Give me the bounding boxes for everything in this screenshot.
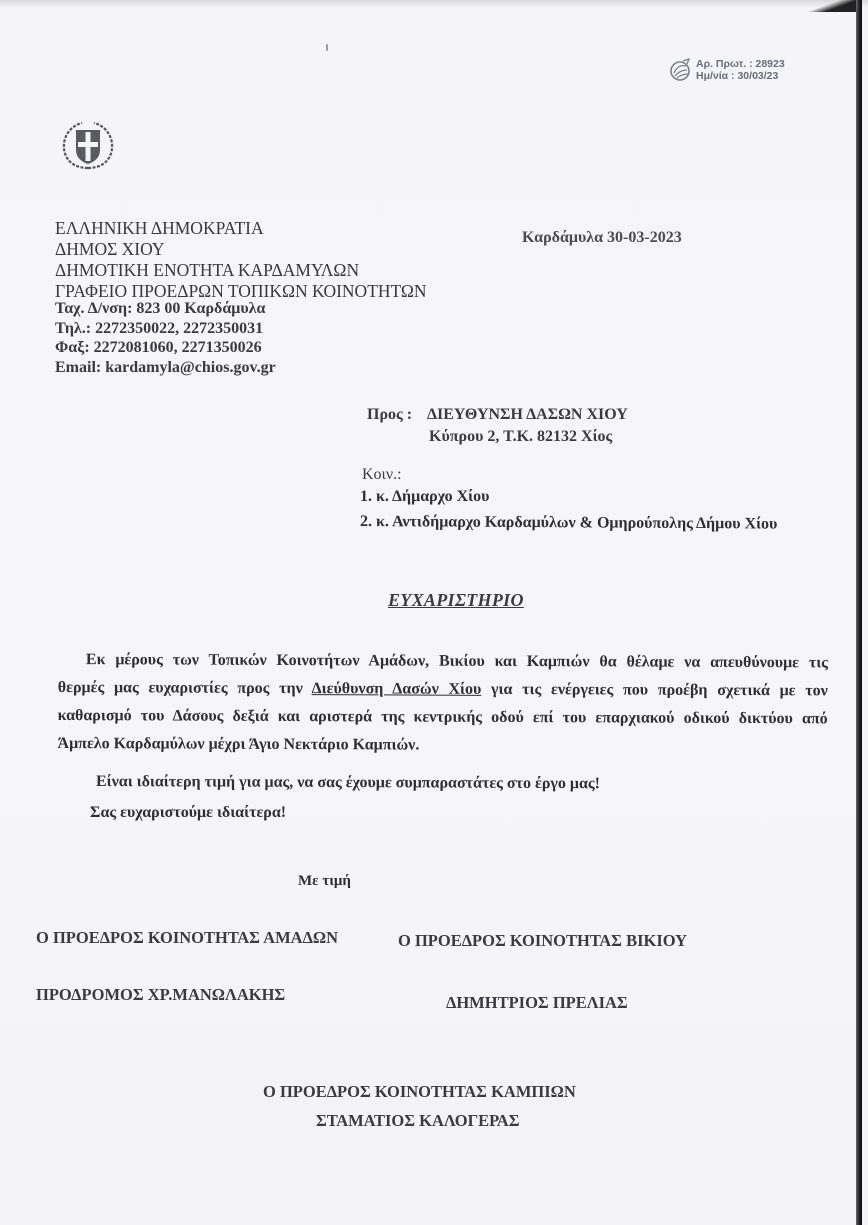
cc-item: 1. κ. Δήμαρχο Χίου <box>360 488 489 506</box>
paragraph-line: Εκ μέρους των Τοπικών Κοινοτήτων Αμάδων,… <box>58 646 828 677</box>
email-address: Email: kardamyla@chios.gov.gr <box>55 358 276 378</box>
scan-corner-shadow <box>802 0 862 12</box>
scan-top-edge <box>0 0 868 7</box>
paragraph-text: για τις ενέργειες που προέβη σχετικά με … <box>481 681 828 700</box>
scanned-letter-page: Αρ. Πρωτ. : 28923 Ημ/νία : 30/03/23 ΕΛΛΗ… <box>0 0 862 1225</box>
body-paragraph: Εκ μέρους των Τοπικών Κοινοτήτων Αμάδων,… <box>58 646 828 761</box>
sender-organization: ΕΛΛΗΝΙΚΗ ΔΗΜΟΚΡΑΤΙΑ ΔΗΜΟΣ ΧΙΟΥ ΔΗΜΟΤΙΚΗ … <box>55 218 427 302</box>
signatory-name-vikio: ΔΗΜΗΤΡΙΟΣ ΠΡΕΛΙΑΣ <box>446 993 628 1013</box>
paragraph-text: θερμές μας ευχαριστίες προς την <box>58 679 312 697</box>
signatory-name-kampia: ΣΤΑΜΑΤΙΟΣ ΚΑΛΟΓΕΡΑΣ <box>316 1111 519 1131</box>
greek-coat-of-arms-icon <box>57 119 119 171</box>
protocol-number: Αρ. Πρωτ. : 28923 <box>696 58 785 70</box>
org-line: ΔΗΜΟΤΙΚΗ ΕΝΟΤΗΤΑ ΚΑΡΔΑΜΥΛΩΝ <box>55 260 427 281</box>
paragraph-line: καθαρισμό του Δάσους δεξιά και αριστερά … <box>58 702 828 733</box>
paragraph-line: θερμές μας ευχαριστίες προς την Διεύθυνσ… <box>58 674 828 705</box>
scan-speck <box>326 44 328 51</box>
recipient-name: ΔΙΕΥΘΥΝΣΗ ΔΑΣΩΝ ΧΙΟΥ <box>427 406 628 424</box>
body-line-honor: Είναι ιδιαίτερη τιμή για μας, να σας έχο… <box>96 773 600 793</box>
signatory-title-amades: Ο ΠΡΟΕΔΡΟΣ ΚΟΙΝΟΤΗΤΑΣ ΑΜΑΔΩΝ <box>36 928 338 948</box>
registry-seal-icon <box>668 58 692 82</box>
place-and-date: Καρδάμυλα 30-03-2023 <box>522 229 682 247</box>
registry-stamp: Αρ. Πρωτ. : 28923 Ημ/νία : 30/03/23 <box>668 58 785 82</box>
document-title: ΕΥΧΑΡΙΣΤΗΡΙΟ <box>388 590 524 611</box>
phone-numbers: Τηλ.: 2272350022, 2272350031 <box>55 319 276 339</box>
body-line-thanks: Σας ευχαριστούμε ιδιαίτερα! <box>90 804 286 822</box>
signatory-title-kampia: Ο ΠΡΟΕΔΡΟΣ ΚΟΙΝΟΤΗΤΑΣ ΚΑΜΠΙΩΝ <box>263 1082 576 1102</box>
signatory-name-amades: ΠΡΟΔΡΟΜΟΣ ΧΡ.ΜΑΝΩΛΑΚΗΣ <box>36 985 285 1005</box>
recipient-label: Προς : <box>367 406 412 424</box>
org-line: ΔΗΜΟΣ ΧΙΟΥ <box>55 239 427 260</box>
postal-address: Ταχ. Δ/νση: 823 00 Καρδάμυλα <box>55 299 276 319</box>
paragraph-line: Άμπελο Καρδαμύλων μέχρι Άγιο Νεκτάριο Κα… <box>58 730 828 761</box>
closing-salutation: Με τιμή <box>298 873 351 890</box>
cc-item: 2. κ. Αντιδήμαρχο Καρδαμύλων & Ομηρούπολ… <box>360 513 777 534</box>
scan-right-edge <box>856 0 862 1225</box>
highlighted-recipient: Διεύθυνση Δασών Χίου <box>312 680 482 698</box>
protocol-date: Ημ/νία : 30/03/23 <box>696 70 785 82</box>
org-line: ΕΛΛΗΝΙΚΗ ΔΗΜΟΚΡΑΤΙΑ <box>55 218 427 239</box>
signatory-title-vikio: Ο ΠΡΟΕΔΡΟΣ ΚΟΙΝΟΤΗΤΑΣ ΒΙΚΙΟΥ <box>398 931 687 951</box>
sender-contact: Ταχ. Δ/νση: 823 00 Καρδάμυλα Τηλ.: 22723… <box>55 299 276 377</box>
cc-label: Κοιν.: <box>362 466 402 484</box>
recipient-address: Κύπρου 2, Τ.Κ. 82132 Χίος <box>429 428 612 446</box>
fax-numbers: Φαξ: 2272081060, 2271350026 <box>55 338 276 358</box>
